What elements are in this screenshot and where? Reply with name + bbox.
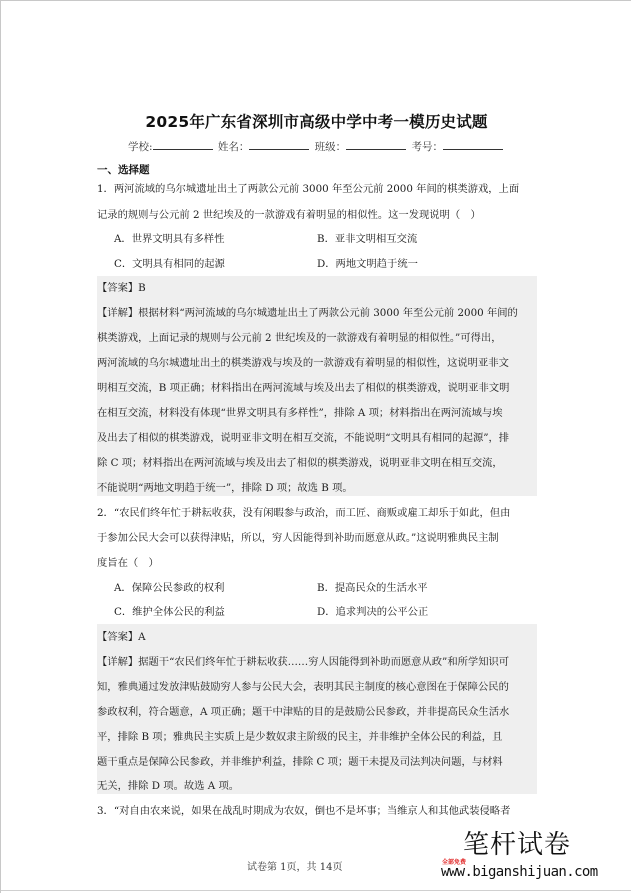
student-info-row: 学校: 姓名： 班级： 考号：	[1, 139, 631, 154]
q2-option-d: D．追求判决的公平公正	[317, 605, 428, 619]
q2-stem-line-2: 于参加公民大会可以获得津贴，所以，穷人因能得到补助而愿意从政。”这说明雅典民主制	[97, 531, 537, 545]
q1-stem-line-2: 记录的规则与公元前 2 世纪埃及的一款游戏有着明显的相似性。这一发现说明（ ）	[97, 208, 537, 222]
q1-option-a: A．世界文明具有多样性	[114, 232, 224, 246]
school-blank	[153, 139, 213, 150]
q2-option-b: B．提高民众的生活水平	[317, 581, 428, 595]
q2-stem-line-1: 2．“农民们终年忙于耕耘收获，没有闲暇参与政治，而工匠、商贩或雇工却乐于如此，但…	[97, 506, 537, 520]
q2-explanation-line-5: 题干重点是保障公民参政，并非维护利益，排除 C 项；题干未提及司法判决问题，与材…	[97, 755, 537, 769]
q2-explanation-line-6: 无关，排除 D 项。故选 A 项。	[97, 779, 537, 793]
q2-stem-line-3: 度旨在（ ）	[97, 556, 537, 570]
q1-option-b: B．亚非文明相互交流	[317, 232, 417, 246]
exam-number-label: 考号：	[412, 141, 444, 153]
q3-stem-line-1: 3．“对自由农来说，如果在战乱时期成为农奴，倒也不是坏事；当维京人和其他武装侵略…	[97, 804, 537, 818]
watermark-brand: 笔杆试卷	[463, 831, 571, 859]
q1-explanation-line-1: 【详解】根据材料“两河流域的乌尔城遗址出土了两款公元前 3000 年至公元前 2…	[97, 306, 537, 320]
exam-number-blank	[443, 139, 503, 150]
class-label: 班级：	[315, 141, 347, 153]
q1-explanation-line-5: 在相互交流，材料没有体现“世界文明具有多样性”，排除 A 项；材料指出在两河流域…	[97, 406, 537, 420]
q2-explanation-line-2: 知，雅典通过发放津贴鼓励穷人参与公民大会，表明其民主制度的核心意图在于保障公民的	[97, 680, 537, 694]
q1-explanation-line-7: 除 C 项；材料指出在两河流域与埃及出去了相似的棋类游戏，说明亚非文明在相互交流…	[97, 456, 537, 470]
watermark-url: www.biganshijuan.com	[441, 864, 598, 880]
q1-explanation-line-2: 棋类游戏，上面记录的规则与公元前 2 世纪埃及的一款游戏有着明显的相似性。”可得…	[97, 331, 537, 345]
q2-option-c: C．维护全体公民的利益	[114, 605, 225, 619]
page-number: 试卷第 1页，共 14页	[247, 858, 342, 873]
q2-explanation-line-4: 平，排除 B 项；雅典民主实质上是少数奴隶主阶级的民主，并非维护全体公民的利益，…	[97, 730, 537, 744]
q1-explanation-line-4: 明相互交流，B 项正确；材料指出在两河流域与埃及出去了相似的棋类游戏，说明亚非文…	[97, 381, 537, 395]
document-page: 2025年广东省深圳市高级中学中考一模历史试题 学校: 姓名： 班级： 考号： …	[0, 0, 631, 893]
page-bottom-divider	[1, 890, 631, 891]
q2-explanation-line-1: 【详解】据题干“农民们终年忙于耕耘收获……穷人因能得到补助而愿意从政”和所学知识…	[97, 655, 537, 669]
q2-explanation-line-3: 参政权利，符合题意，A 项正确；题干中津贴的目的是鼓励公民参政，并非提高民众生活…	[97, 705, 537, 719]
q1-explanation-line-8: 不能说明“两地文明趋于统一”，排除 D 项；故选 B 项。	[97, 481, 537, 495]
section-heading: 一、选择题	[97, 162, 150, 177]
exam-title: 2025年广东省深圳市高级中学中考一模历史试题	[1, 110, 631, 132]
name-label: 姓名：	[218, 141, 250, 153]
q1-option-d: D．两地文明趋于统一	[317, 257, 418, 271]
name-blank	[249, 139, 309, 150]
school-label: 学校:	[128, 141, 153, 153]
q1-stem-line-1: 1．两河流域的乌尔城遗址出土了两款公元前 3000 年至公元前 2000 年间的…	[97, 182, 537, 196]
q1-answer: 【答案】B	[97, 281, 537, 295]
q1-explanation-line-6: 及出去了相似的棋类游戏，说明亚非文明在相互交流，不能说明“文明具有相同的起源”，…	[97, 431, 537, 445]
class-blank	[346, 139, 406, 150]
q1-explanation-line-3: 两河流域的乌尔城遗址出土的棋类游戏与埃及的一款游戏有着明显的相似性，这说明亚非文	[97, 356, 537, 370]
q2-answer: 【答案】A	[97, 630, 537, 644]
q1-option-c: C．文明具有相同的起源	[114, 257, 225, 271]
q2-option-a: A．保障公民参政的权利	[114, 581, 224, 595]
